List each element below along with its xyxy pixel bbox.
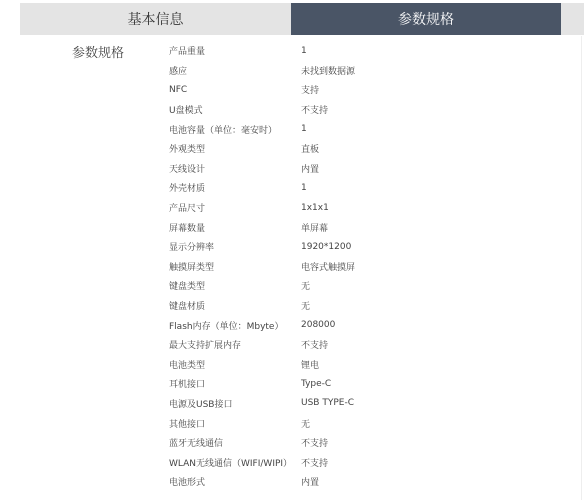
spec-value: 1: [301, 183, 307, 193]
spec-row: 外壳材质1: [169, 178, 355, 198]
section-title: 参数规格: [72, 42, 124, 61]
spec-key: WLAN无线通信（WIFI/WIPI）: [169, 456, 301, 469]
spec-key: 感应: [169, 64, 301, 77]
spec-value: 无: [301, 299, 310, 312]
spec-row: 电池类型锂电: [169, 355, 355, 375]
spec-row: U盘模式不支持: [169, 100, 355, 120]
spec-value: 1: [301, 46, 307, 56]
spec-key: 键盘类型: [169, 279, 301, 292]
tab-bar-filler: [561, 3, 584, 35]
spec-value: 电容式触摸屏: [301, 260, 355, 273]
spec-value: 单屏幕: [301, 221, 328, 234]
spec-row: Flash内存（单位：Mbyte）208000: [169, 315, 355, 335]
spec-row: 屏幕数量单屏幕: [169, 217, 355, 237]
spec-key: 电池形式: [169, 475, 301, 488]
spec-value: 支持: [301, 83, 319, 96]
spec-key: NFC: [169, 85, 301, 95]
spec-row: 电池容量（单位：毫安时）1: [169, 119, 355, 139]
spec-row: 产品重量1: [169, 41, 355, 61]
spec-value: 1: [301, 124, 307, 134]
spec-key: Flash内存（单位：Mbyte）: [169, 319, 301, 332]
spec-row: 耳机接口Type-C: [169, 374, 355, 394]
spec-key: 电池容量（单位：毫安时）: [169, 123, 301, 136]
spec-table: 产品重量1感应未找到数据源NFC支持U盘模式不支持电池容量（单位：毫安时）1外观…: [169, 41, 355, 492]
spec-value: Type-C: [301, 379, 331, 389]
spec-value: 不支持: [301, 436, 328, 449]
spec-row: 最大支持扩展内存不支持: [169, 335, 355, 355]
spec-key: 外壳材质: [169, 181, 301, 194]
spec-key: 电源及USB接口: [169, 397, 301, 410]
spec-value: 未找到数据源: [301, 64, 355, 77]
spec-row: 天线设计内置: [169, 159, 355, 179]
spec-key: 触摸屏类型: [169, 260, 301, 273]
spec-value: 内置: [301, 475, 319, 488]
spec-key: 蓝牙无线通信: [169, 436, 301, 449]
spec-row: 电池形式内置: [169, 472, 355, 492]
spec-key: 产品尺寸: [169, 201, 301, 214]
spec-row: 键盘材质无: [169, 296, 355, 316]
spec-key: 键盘材质: [169, 299, 301, 312]
spec-key: 天线设计: [169, 162, 301, 175]
tab-bar: 基本信息 参数规格: [20, 3, 584, 35]
spec-row: 外观类型直板: [169, 139, 355, 159]
spec-value: USB TYPE-C: [301, 398, 354, 408]
spec-value: 无: [301, 417, 310, 430]
spec-key: 显示分辨率: [169, 240, 301, 253]
spec-row: 电源及USB接口USB TYPE-C: [169, 394, 355, 414]
spec-row: 蓝牙无线通信不支持: [169, 433, 355, 453]
spec-key: 最大支持扩展内存: [169, 338, 301, 351]
spec-value: 锂电: [301, 358, 319, 371]
spec-row: 产品尺寸1x1x1: [169, 198, 355, 218]
spec-value: 不支持: [301, 338, 328, 351]
spec-value: 直板: [301, 142, 319, 155]
spec-value: 208000: [301, 320, 335, 330]
spec-row: 感应未找到数据源: [169, 61, 355, 81]
spec-key: U盘模式: [169, 103, 301, 116]
spec-row: NFC支持: [169, 80, 355, 100]
spec-value: 无: [301, 279, 310, 292]
spec-key: 外观类型: [169, 142, 301, 155]
spec-value: 不支持: [301, 103, 328, 116]
spec-row: 触摸屏类型电容式触摸屏: [169, 257, 355, 277]
divider: [581, 36, 582, 500]
tab-basic-info[interactable]: 基本信息: [20, 3, 291, 35]
spec-key: 耳机接口: [169, 377, 301, 390]
spec-key: 屏幕数量: [169, 221, 301, 234]
spec-key: 其他接口: [169, 417, 301, 430]
spec-row: 键盘类型无: [169, 276, 355, 296]
spec-value: 内置: [301, 162, 319, 175]
spec-value: 1920*1200: [301, 242, 351, 252]
spec-key: 产品重量: [169, 44, 301, 57]
tab-specifications[interactable]: 参数规格: [291, 3, 561, 35]
spec-value: 不支持: [301, 456, 328, 469]
spec-row: WLAN无线通信（WIFI/WIPI）不支持: [169, 452, 355, 472]
spec-key: 电池类型: [169, 358, 301, 371]
spec-row: 显示分辨率1920*1200: [169, 237, 355, 257]
spec-value: 1x1x1: [301, 203, 329, 213]
spec-row: 其他接口无: [169, 413, 355, 433]
